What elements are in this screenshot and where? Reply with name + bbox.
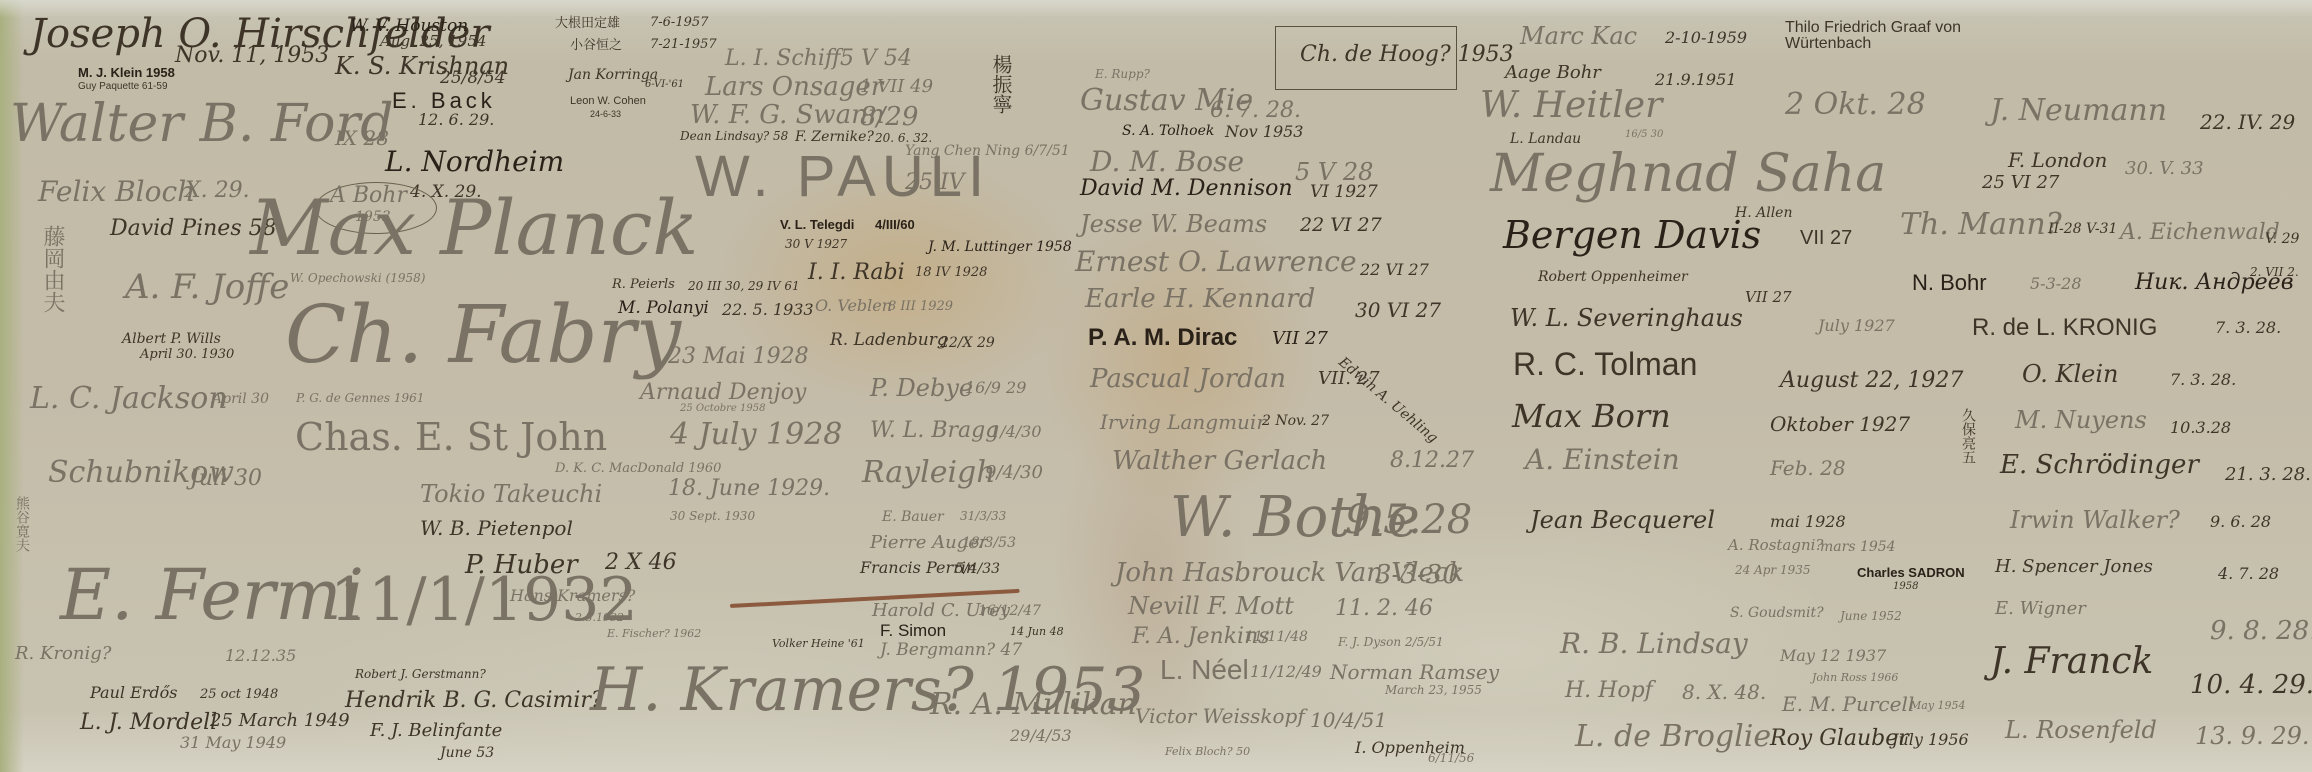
- signature-date: 29/4/53: [1010, 728, 1072, 744]
- signature-ooneda: 大根田定雄: [555, 16, 620, 29]
- signature-date: V. 29: [2265, 232, 2299, 246]
- signature-date: 30 VI 27: [1355, 300, 1441, 320]
- signature-neumann: J. Neumann: [1990, 96, 2167, 126]
- signature-date: X. 29.: [185, 180, 250, 202]
- signature-back: E. Back: [392, 90, 496, 112]
- signature-date: 7-6-1957: [650, 16, 708, 29]
- signature-kronig-lower: R. Kronig?: [15, 645, 111, 663]
- signature-date: April 30. 1930: [140, 348, 234, 361]
- signature-casimir: Hendrik B. G. Casimir?: [345, 690, 603, 712]
- signature-jordan: Pascual Jordan: [1090, 366, 1286, 392]
- signature-neel: L. Néel: [1160, 656, 1249, 684]
- signature-nordheim: L. Nordheim: [385, 148, 564, 176]
- signature-date: 6-VI-'61: [645, 80, 684, 90]
- signature-jackson: L. C. Jackson: [30, 384, 228, 414]
- signature-date: July 1956: [1892, 732, 1969, 748]
- signature-london: F. London: [2008, 150, 2107, 170]
- signature-date: 22/X 29: [940, 336, 995, 350]
- signature-date: 5/4/33: [955, 562, 1000, 576]
- signature-date: Juli 30: [190, 468, 262, 490]
- signature-franck: J. Franck: [1990, 644, 2153, 680]
- signature-date: 22 VI 27: [1360, 262, 1429, 278]
- signature-date: mars 1954: [1820, 540, 1896, 554]
- signature-date: 25 VI 27: [1982, 174, 2059, 192]
- signature-rostagni: A. Rostagni?: [1728, 538, 1823, 553]
- signature-wurtenbach: Thilo Friedrich Graaf von Würtenbach: [1785, 20, 2045, 52]
- signature-rabi: I. I. Rabi: [808, 262, 905, 284]
- signature-date: 6/11/56: [1428, 752, 1474, 764]
- signature-kac: Marc Kac: [1520, 24, 1637, 48]
- signature-bragg: W. L. Bragg: [870, 420, 999, 442]
- signature-date: 1 VII 49: [860, 78, 933, 96]
- signature-date: VII 27: [1272, 330, 1328, 348]
- signature-date: 12. 6. 29.: [418, 112, 494, 128]
- signature-rayleigh: Rayleigh: [862, 458, 996, 488]
- signature-date: 3-3-30: [1375, 562, 1459, 588]
- signature-heine: Volker Heine '61: [772, 638, 865, 649]
- signature-date: 2-10-1959: [1665, 30, 1747, 46]
- signature-wills: Albert P. Wills: [122, 332, 221, 346]
- signature-erdos: Paul Erdős: [90, 685, 178, 701]
- signature-date: Nov 1953: [1225, 124, 1303, 140]
- signature-date: Aug. 25, 1954: [380, 34, 486, 49]
- signature-tolhoek: S. A. Tolhoek: [1122, 124, 1214, 138]
- signature-date: Oktober 1927: [1770, 414, 1910, 434]
- signature-nbohr: N. Bohr: [1912, 272, 1987, 294]
- signature-date: 18. June 1929.: [668, 478, 830, 500]
- signature-nuyens: M. Nuyens: [2015, 408, 2147, 432]
- signature-schrodinger: E. Schrödinger: [2000, 452, 2199, 478]
- signature-gerstmann: Robert J. Gerstmann?: [355, 668, 486, 680]
- signature-einstein: A. Einstein: [1525, 446, 1680, 474]
- signature-date: 18 IV 1928: [915, 266, 987, 279]
- signature-date: 14 Jun 48: [1010, 626, 1064, 637]
- signature-date: 2.3.1932: [575, 612, 624, 623]
- signature-onsager: Lars Onsager: [705, 74, 883, 100]
- signature-kramers: Hans Kramers?: [510, 588, 635, 604]
- signature-date: 5 V 54: [840, 48, 912, 70]
- signature-date: 24 Apr 1935: [1735, 564, 1811, 576]
- signature-dyson: F. J. Dyson: [1338, 636, 1401, 648]
- signature-date: 25 Octobre 1958: [680, 404, 765, 414]
- signature-beams: Jesse W. Beams: [1080, 212, 1267, 236]
- signature-date: 2 Nov. 27: [1262, 414, 1329, 428]
- signature-spencerjones: H. Spencer Jones: [1995, 558, 2153, 576]
- signature-date: August 22, 1927: [1780, 370, 1963, 392]
- signature-date: 11. 2. 46: [1335, 598, 1433, 620]
- signature-date: 2 Okt. 28: [1785, 90, 1926, 120]
- signature-date: 2. VII 2.: [2250, 266, 2299, 278]
- signature-yang-chinese: 楊振寧: [990, 54, 1010, 114]
- signature-takeuchi: Tokio Takeuchi: [420, 482, 602, 506]
- signature-date: 11/12/49: [1250, 664, 1322, 680]
- signature-pietenpol: W. B. Pietenpol: [420, 518, 573, 538]
- signature-date: 10/4/51: [1310, 710, 1387, 730]
- signature-debroglie: L. de Broglie: [1575, 722, 1771, 752]
- signature-date: 9. 8. 28.: [2210, 618, 2312, 644]
- signature-date: 30. V. 33: [2125, 160, 2204, 178]
- signature-weisskopf: Victor Weisskopf: [1135, 706, 1305, 726]
- signature-lindsay-dean: Dean Lindsay? 58: [680, 130, 788, 142]
- signature-fischer: E. Fischer? 1962: [607, 628, 701, 639]
- signature-date: VII 27: [1745, 290, 1792, 305]
- signature-date: 21.9.1951: [1655, 72, 1736, 88]
- signature-date: 1/4/30: [990, 424, 1042, 440]
- signature-date: Nov. 11, 1953: [175, 45, 329, 67]
- signature-zernike: F. Zernike?: [795, 130, 874, 144]
- signature-degennes: P. G. de Gennes 1961: [296, 392, 424, 404]
- signature-date: 4 July 1928: [670, 420, 842, 450]
- signature-date: 21. 3. 28.: [2225, 466, 2311, 484]
- signature-date: 16/5 30: [1625, 130, 1663, 140]
- signature-date: 25/8/54: [440, 70, 506, 87]
- signature-date: 31 May 1949: [180, 735, 286, 751]
- signature-date: VI 1927: [1310, 184, 1378, 201]
- signature-date: 12.12.35: [225, 648, 296, 664]
- signature-opechowski: W. Opechowski (1958): [290, 272, 425, 284]
- signature-klein: M. J. Klein 1958: [78, 66, 175, 79]
- signature-date: 8/29: [860, 104, 918, 130]
- signature-aagebohr: Aage Bohr: [1505, 64, 1601, 82]
- signature-joffe: A. F. Joffe: [125, 270, 289, 304]
- signature-becquerel: Jean Becquerel: [1530, 508, 1715, 532]
- signature-date: 8. X. 48.: [1682, 682, 1766, 702]
- signature-date: 22. 5. 1933: [722, 302, 814, 318]
- signature-paquette: Guy Paquette 61-59: [78, 82, 168, 92]
- signature-bauer: E. Bauer: [882, 510, 944, 524]
- signature-date: 31/3/33: [960, 510, 1006, 522]
- signature-date: 24-6-33: [590, 110, 621, 119]
- signature-severinghaus: W. L. Severinghaus: [1510, 306, 1743, 330]
- signature-date: 23 Mai 1928: [668, 346, 809, 368]
- signature-date: II-28 V-31: [2048, 222, 2117, 236]
- signature-felix-lower: Felix Bloch? 50: [1165, 746, 1250, 757]
- signature-macdonald: D. K. C. MacDonald 1960: [555, 462, 721, 475]
- signature-date: 4/III/60: [875, 218, 915, 231]
- signature-mordell: L. J. Mordell: [80, 712, 217, 734]
- signature-lawrence: Ernest O. Lawrence: [1075, 248, 1357, 276]
- signature-tolman: R. C. Tolman: [1513, 348, 1697, 380]
- signature-purcell: E. M. Purcell: [1782, 694, 1914, 714]
- signature-klein-o: O. Klein: [2022, 362, 2118, 386]
- signature-date: 9. 6. 28: [2210, 514, 2271, 530]
- signature-date: April 30: [212, 392, 269, 406]
- signature-stjohn: Chas. E. St John: [295, 418, 607, 456]
- signature-rupp: E. Rupp?: [1095, 68, 1150, 80]
- signature-davis: Bergen Davis: [1503, 216, 1761, 254]
- signature-date: 25 IV: [905, 172, 965, 194]
- signature-rosenfeld: L. Rosenfeld: [2005, 718, 2157, 742]
- signature-date: 7. 3. 28.: [2170, 372, 2236, 388]
- signature-date: 1958: [1893, 582, 1918, 592]
- signature-belinfante: F. J. Belinfante: [370, 722, 502, 740]
- signature-born: Max Born: [1512, 400, 1671, 432]
- signature-date: Feb. 28: [1770, 458, 1846, 478]
- signature-date: 4. 7. 28: [2218, 566, 2279, 582]
- signature-wigner: E. Wigner: [1995, 600, 2086, 618]
- signature-date: 25 oct 1948: [200, 688, 278, 701]
- signature-date: 9.5.28: [1345, 500, 1472, 540]
- signature-veblen: O. Veblen: [815, 298, 892, 314]
- signature-date: May 1954: [1910, 700, 1966, 711]
- signature-dennison: David M. Dennison: [1080, 178, 1293, 200]
- signature-glauber: Roy Glauber: [1770, 728, 1909, 750]
- signature-date: 13. 9. 29.: [2195, 724, 2310, 748]
- signature-fujioka: 藤岡由夫: [42, 225, 64, 313]
- signature-mann: Th. Mann?: [1900, 210, 2062, 240]
- signature-mott: Nevill F. Mott: [1128, 594, 1294, 618]
- signature-cohen: Leon W. Cohen: [570, 96, 646, 107]
- signature-oppenheimer: Robert Oppenheimer: [1538, 270, 1688, 284]
- signature-date: 30 Sept. 1930: [670, 510, 755, 522]
- signature-sadron: Charles SADRON: [1857, 566, 1965, 579]
- signature-telegdi: V. L. Telegdi: [780, 218, 854, 231]
- signature-walker: Irwin Walker?: [2010, 508, 2180, 532]
- signature-fermi: E. Fermi: [60, 560, 364, 630]
- signature-date: 11/11/48: [1245, 630, 1308, 644]
- signature-eichenwald: A. Eichenwald: [2120, 222, 2280, 244]
- signature-date: 30 V 1927: [785, 238, 847, 250]
- signature-date: 16/9 29: [965, 380, 1026, 396]
- signature-uehling: Edwin A. Uehling: [1336, 355, 1440, 446]
- signature-denjoy: Arnaud Denjoy: [640, 382, 806, 404]
- signature-kotani: 小谷恒之: [570, 38, 622, 51]
- signature-date: July 1927: [1818, 318, 1895, 334]
- signature-date: 10.3.28: [2170, 420, 2231, 436]
- signature-heitler: W. Heitler: [1480, 88, 1662, 124]
- signature-date: 7. 3. 28.: [2215, 320, 2281, 336]
- signature-wall: Joseph O. Hirschfelder Nov. 11, 1953 M. …: [0, 0, 2312, 772]
- signature-date: 16/12/47: [978, 604, 1041, 618]
- signature-date: 22. IV. 29: [2200, 112, 2295, 132]
- signature-bloch: Felix Bloch: [38, 178, 195, 206]
- signature-date: 2/5/51: [1405, 636, 1444, 648]
- signature-yang: Yang Chen Ning 6/7/51: [905, 144, 1070, 158]
- signature-date: 25 March 1949: [210, 712, 350, 730]
- signature-date: June 53: [440, 746, 494, 760]
- signature-date: 7-21-1957: [650, 38, 717, 51]
- signature-date: IX 28: [335, 128, 389, 148]
- signature-gerlach: Walther Gerlach: [1112, 448, 1327, 474]
- signature-kronig: R. de L. KRONIG: [1972, 316, 2157, 340]
- signature-luttinger: J. M. Luttinger 1958: [928, 240, 1072, 254]
- signature-date: 5-3-28: [2030, 276, 2082, 292]
- signature-debye: P. Debye: [870, 376, 973, 400]
- signature-date: 6. 7. 28.: [1210, 100, 1301, 122]
- signature-bose: D. M. Bose: [1090, 148, 1244, 176]
- signature-boxed: Ch. de Hoog? 1953: [1300, 44, 1514, 66]
- signature-ladenburg: R. Ladenburg: [830, 332, 948, 349]
- signature-langmuir: Irving Langmuir: [1100, 412, 1266, 432]
- signature-saha: Meghnad Saha: [1490, 148, 1886, 200]
- signature-date: March 23, 1955: [1385, 684, 1482, 696]
- signature-date: VII 27: [1800, 228, 1852, 248]
- signature-lindsay: R. B. Lindsay: [1560, 630, 1748, 658]
- signature-kramers-large: H. Kramers? 1953: [590, 660, 1146, 720]
- signature-kumagai: 熊谷寛夫: [16, 496, 30, 552]
- signature-peierls: R. Peierls: [612, 278, 675, 291]
- signature-kennard: Earle H. Kennard: [1085, 286, 1315, 312]
- signature-date: June 1952: [1840, 610, 1902, 622]
- signature-date: 5 V 28: [1295, 160, 1373, 184]
- signature-date: 8.12.27: [1390, 450, 1474, 472]
- signature-hopf: H. Hopf: [1565, 680, 1653, 702]
- signature-polanyi: M. Polanyi: [618, 300, 709, 317]
- signature-ramsey: Norman Ramsey: [1330, 662, 1499, 682]
- signature-date: 18/3/53: [962, 536, 1016, 550]
- signature-kubo: 久保亮五: [1962, 408, 1976, 464]
- signature-ross: John Ross 1966: [1812, 672, 1898, 683]
- signature-schiff: L. I. Schiff: [725, 48, 840, 70]
- signature-date: 8 III 1929: [888, 300, 953, 313]
- signature-date: 10. 4. 29.: [2190, 672, 2312, 698]
- signature-date: May 12 1937: [1780, 648, 1886, 664]
- signature-swann: W. F. G. Swann: [690, 102, 885, 128]
- signature-date: 9/4/30: [985, 464, 1043, 482]
- signature-dirac: P. A. M. Dirac: [1088, 326, 1237, 350]
- signature-simon: F. Simon: [880, 622, 946, 639]
- signature-planck: Max Planck: [250, 190, 698, 266]
- signature-date: 20 III 30, 29 IV 61: [688, 280, 800, 292]
- signature-date: mai 1928: [1770, 514, 1846, 530]
- signature-date: 22 VI 27: [1300, 216, 1382, 235]
- signature-goudsmit: S. Goudsmit?: [1730, 606, 1824, 620]
